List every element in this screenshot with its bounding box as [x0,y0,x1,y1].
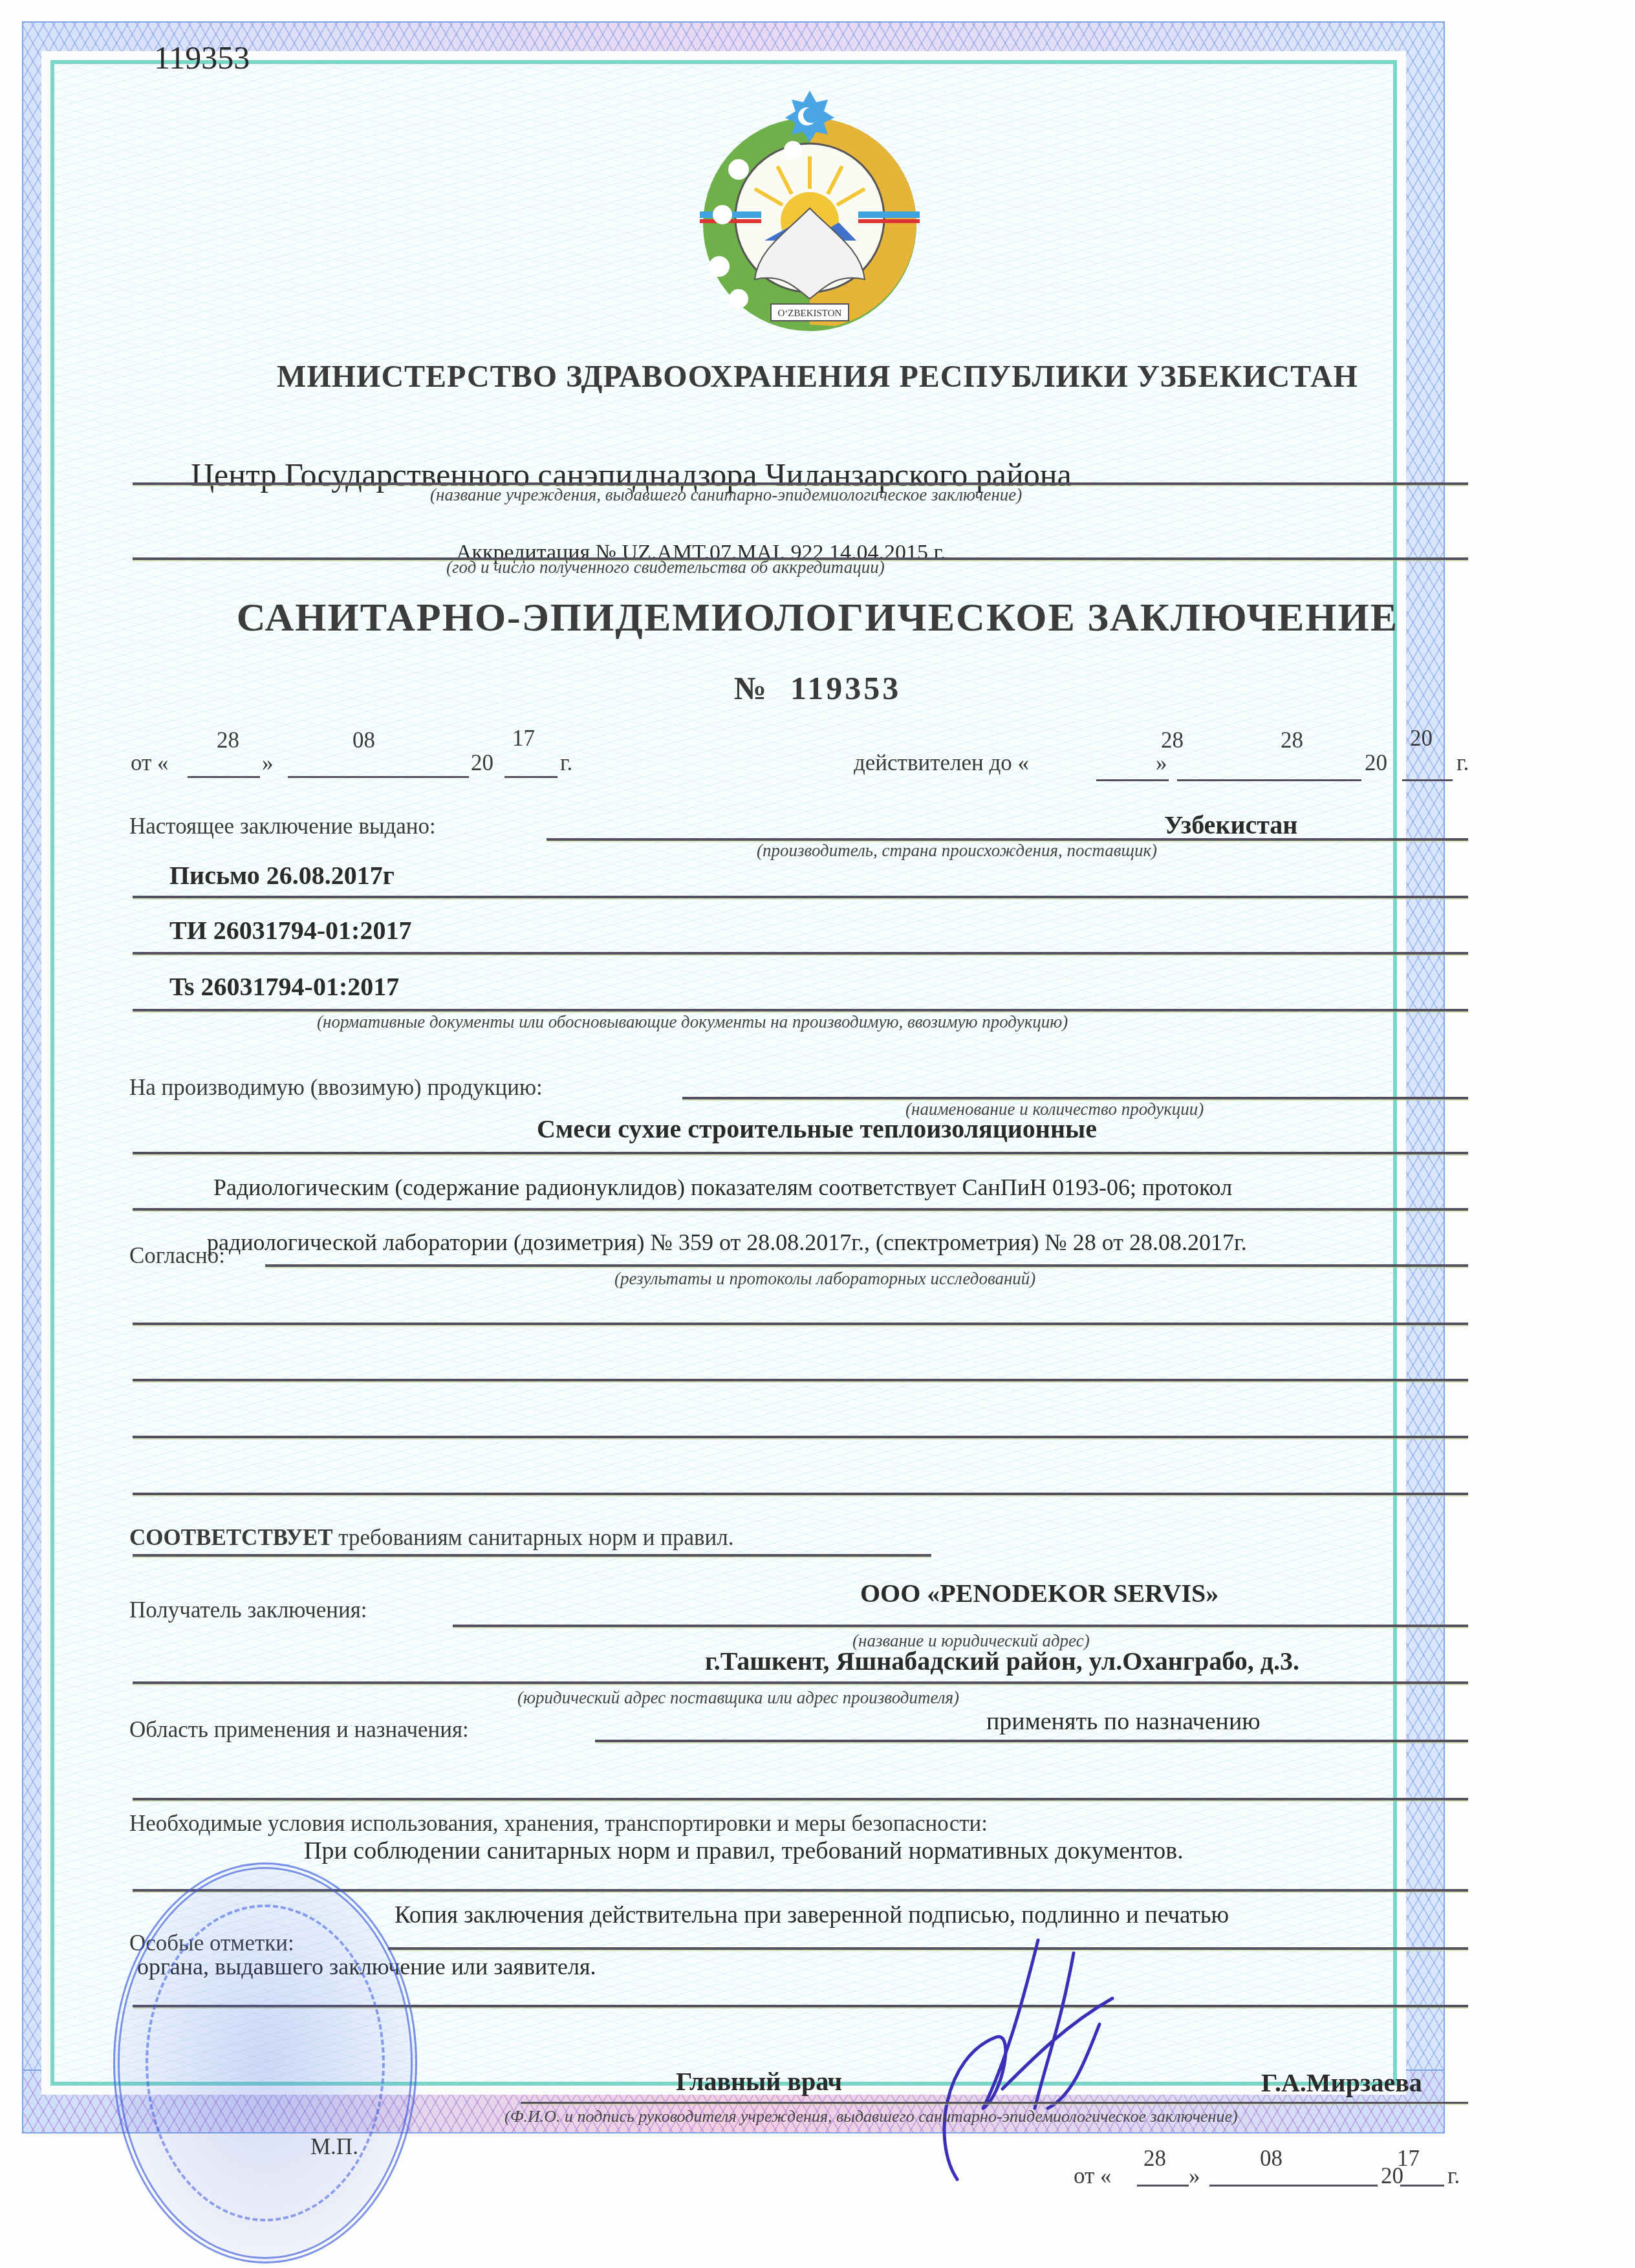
sign-date-close: » [1189,2163,1200,2189]
document-title: САНИТАРНО-ЭПИДЕМИОЛОГИЧЕСКОЕ ЗАКЛЮЧЕНИЕ [0,595,1635,641]
valid-until-suffix: г. [1456,750,1469,776]
sign-date-year: 17 [1397,2146,1420,2172]
valid-until-close: » [1156,750,1167,776]
sign-date-prefix: от « [1074,2163,1112,2189]
recipient-label: Получатель заключения: [129,1597,367,1623]
scope-label: Область применения и назначения: [129,1717,469,1743]
seal-inner-ring [146,1905,385,2221]
issue-year-line [504,776,558,778]
recipient-underline [453,1625,1468,1627]
valid-day-line [1096,779,1169,781]
issue-date-close: » [262,750,274,776]
seal-label: М.П. [310,2134,358,2160]
official-seal-stamp [113,1863,417,2263]
recipient-address-underline [133,1681,1468,1684]
scope-underline [595,1740,1468,1742]
issue-date-prefix: от « [131,750,169,776]
sign-date-month: 08 [1260,2146,1283,2172]
sign-day-line [1137,2185,1189,2187]
issued-to-label: Настоящее заключение выдано: [129,814,436,839]
issue-month-line [288,776,469,778]
valid-until-prefix: действителен до « [854,750,1029,776]
document-number: № 119353 [0,669,1635,707]
document-line-1: Письмо 26.08.2017г [169,860,395,891]
according-label: Согласно: [129,1243,225,1269]
sign-year-line [1400,2185,1444,2187]
ministry-heading: МИНИСТЕРСТВО ЗДРАВООХРАНЕНИЯ РЕСПУБЛИКИ … [0,359,1635,394]
uzbekistan-coat-of-arms-icon: O‘ZBEKISTON [687,85,933,338]
issue-date-day: 28 [217,728,239,753]
valid-until-year: 20 [1410,726,1433,751]
institution-caption: (название учреждения, выдавшего санитарн… [430,485,1022,505]
issued-to-caption: (производитель, страна происхождения, по… [757,841,1157,861]
document-line-3: Ts 26031794-01:2017 [169,971,399,1002]
valid-month-line [1177,779,1361,781]
product-underline [133,1152,1468,1154]
special-notes-line-1: Копия заключения действительна при завер… [395,1901,1229,1929]
compliance-statement: СООТВЕТСТВУЕТ требованиям санитарных нор… [129,1525,734,1551]
valid-year-line [1402,779,1453,781]
issue-date-suffix: г. [560,750,572,776]
documents-caption: (нормативные документы или обосновывающи… [317,1012,1068,1032]
issue-date-century: 20 [471,750,493,776]
conditions-value: При соблюдении санитарных норм и правил,… [304,1837,1184,1865]
according-line-1-underline [133,1208,1468,1211]
recipient-address-caption: (юридический адрес поставщика или адрес … [517,1688,959,1708]
conditions-label: Необходимые условия использования, хране… [129,1811,988,1837]
signatory-name: Г.А.Мирзаева [1261,2068,1422,2098]
scope-blank-line [133,1798,1468,1800]
blank-line-4 [133,1493,1468,1495]
sign-month-line [1209,2185,1378,2187]
valid-until-century: 20 [1365,750,1387,776]
signature-underline [521,2102,1468,2104]
document-line-2-underline [133,952,1468,955]
issued-to-value: Узбекистан [1164,810,1297,840]
blank-line-1 [133,1323,1468,1325]
according-line-2: радиологической лаборатории (дозиметрия)… [207,1229,1247,1256]
recipient-name: ООО «PENODEKOR SERVIS» [860,1578,1218,1608]
issue-date-year: 17 [512,726,535,751]
compliance-underline [133,1554,931,1557]
document-line-2: ТИ 26031794-01:2017 [169,915,411,945]
svg-text:O‘ZBEKISTON: O‘ZBEKISTON [778,308,842,319]
valid-until-month: 28 [1281,728,1303,753]
sign-date-suffix: г. [1447,2163,1460,2189]
according-caption: (результаты и протоколы лабораторных исс… [614,1269,1035,1289]
signatory-position: Главный врач [676,2066,842,2097]
valid-until-day: 28 [1161,728,1184,753]
number-sign: № [734,670,769,706]
blank-line-2 [133,1379,1468,1381]
according-underline [265,1264,1468,1267]
serial-number-top: 119353 [154,39,250,76]
compliance-rest: требованиям санитарных норм и правил. [333,1525,734,1550]
according-line-1: Радиологическим (содержание радионуклидо… [213,1174,1232,1201]
recipient-address: г.Ташкент, Яшнабадский район, ул.Охангрa… [705,1646,1299,1676]
product-value: Смеси сухие строительные теплоизоляционн… [537,1114,1097,1144]
issue-day-line [188,776,260,778]
scope-value: применять по назначению [986,1707,1261,1736]
document-line-3-underline [133,1009,1468,1011]
signature-caption: (Ф.И.О. и подпись руководителя учреждени… [504,2107,1238,2126]
compliance-bold: СООТВЕТСТВУЕТ [129,1525,333,1550]
handwritten-signature-icon [905,1927,1151,2186]
product-label: На производимую (ввозимую) продукцию: [129,1075,543,1101]
number-value: 119353 [790,670,901,706]
accreditation-caption: (год и число полученного свидетельства о… [446,557,885,578]
blank-line-3 [133,1436,1468,1438]
sign-date-day: 28 [1143,2146,1166,2172]
issue-date-month: 08 [352,728,375,753]
document-line-1-underline [133,896,1468,898]
